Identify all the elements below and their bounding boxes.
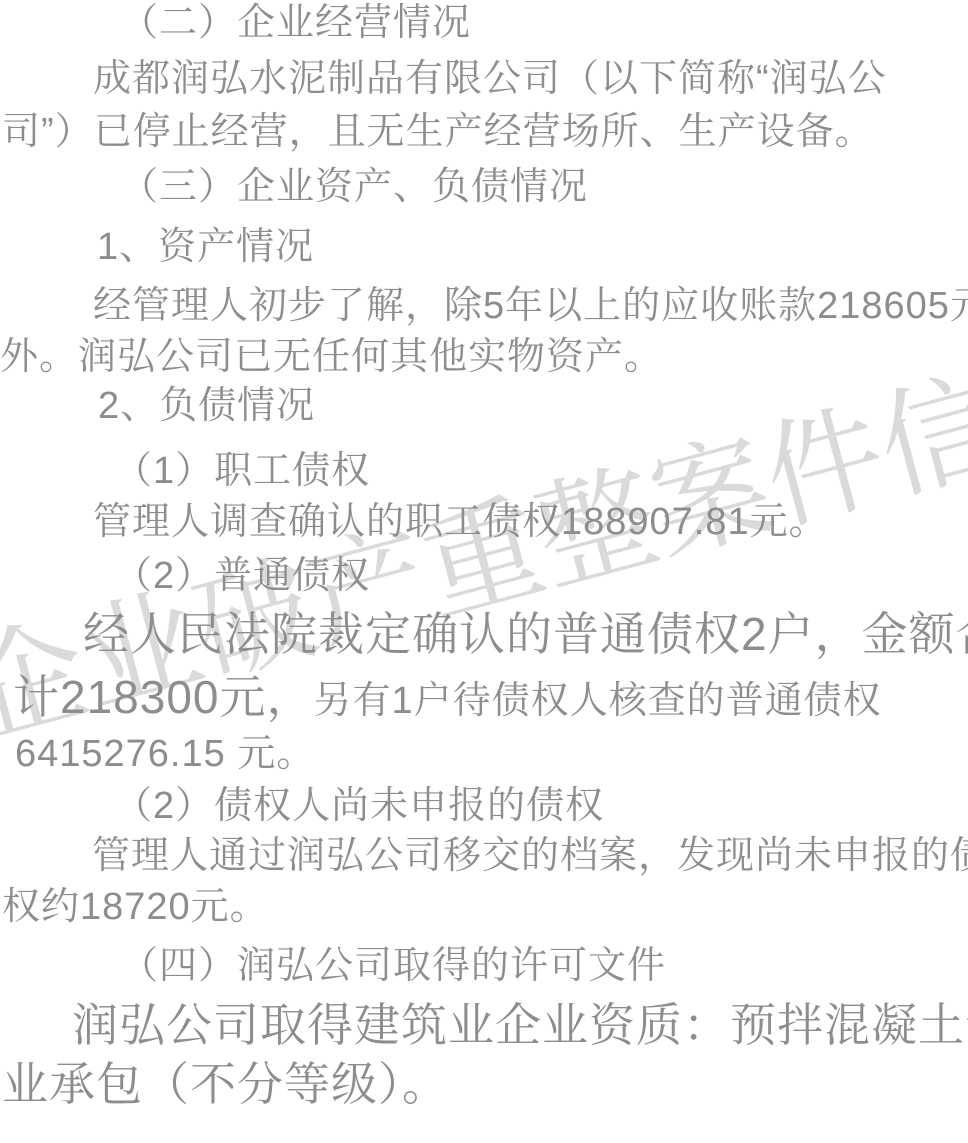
para-assets-line-1: 经管理人初步了解，除5年以上的应收账款218605元 (93, 284, 968, 330)
section-heading-assets-liabilities: （三）企业资产、负债情况 (120, 165, 588, 211)
para-company-status-line-2: 司”）已停止经营，且无生产经营场所、生产设备。 (2, 110, 874, 156)
section-heading-license-documents: （四）润弘公司取得的许可文件 (120, 944, 666, 990)
para-ordinary-claims-line-1: 经人民法院裁定确认的普通债权2户，金额合 (83, 607, 968, 662)
para-ordinary-claims-line-3: 6415276.15 元。 (15, 732, 315, 778)
para-ordinary-claims-line-2: 计218300元，另有1户待债权人核查的普通债权 (13, 670, 882, 725)
document-page: 企业破产重整案件信 （二）企业经营情况 成都润弘水泥制品有限公司（以下简称“润弘… (0, 0, 968, 1143)
para-ordinary-claims-rest-regular: 另有1户待债权人核查的普通债权 (314, 680, 882, 722)
para-undeclared-claims-line-1: 管理人通过润弘公司移交的档案，发现尚未申报的债 (92, 834, 968, 880)
para-undeclared-claims-line-2: 权约18720元。 (2, 885, 269, 931)
subitem-heading-employee-claims: （1）职工债权 (114, 449, 370, 495)
subitem-heading-undeclared-claims: （2）债权人尚未申报的债权 (114, 784, 604, 830)
para-company-status-line-1: 成都润弘水泥制品有限公司（以下简称“润弘公 (93, 57, 887, 103)
subitem-heading-ordinary-claims: （2）普通债权 (114, 554, 370, 600)
para-assets-line-2: 外。润弘公司已无任何其他实物资产。 (0, 335, 663, 381)
para-ordinary-claims-amount-large: 计218300元， (13, 671, 314, 723)
section-heading-business-operation: （二）企业经营情况 (120, 1, 471, 47)
para-license-line-2: 业承包（不分等级）。 (2, 1057, 449, 1112)
item-heading-liabilities: 2、负债情况 (98, 384, 315, 430)
para-employee-claims: 管理人调查确认的职工债权188907.81元。 (93, 500, 828, 546)
para-license-line-1: 润弘公司取得建筑业企业资质：预拌混凝土专 (72, 998, 968, 1053)
item-heading-assets: 1、资产情况 (97, 225, 314, 271)
